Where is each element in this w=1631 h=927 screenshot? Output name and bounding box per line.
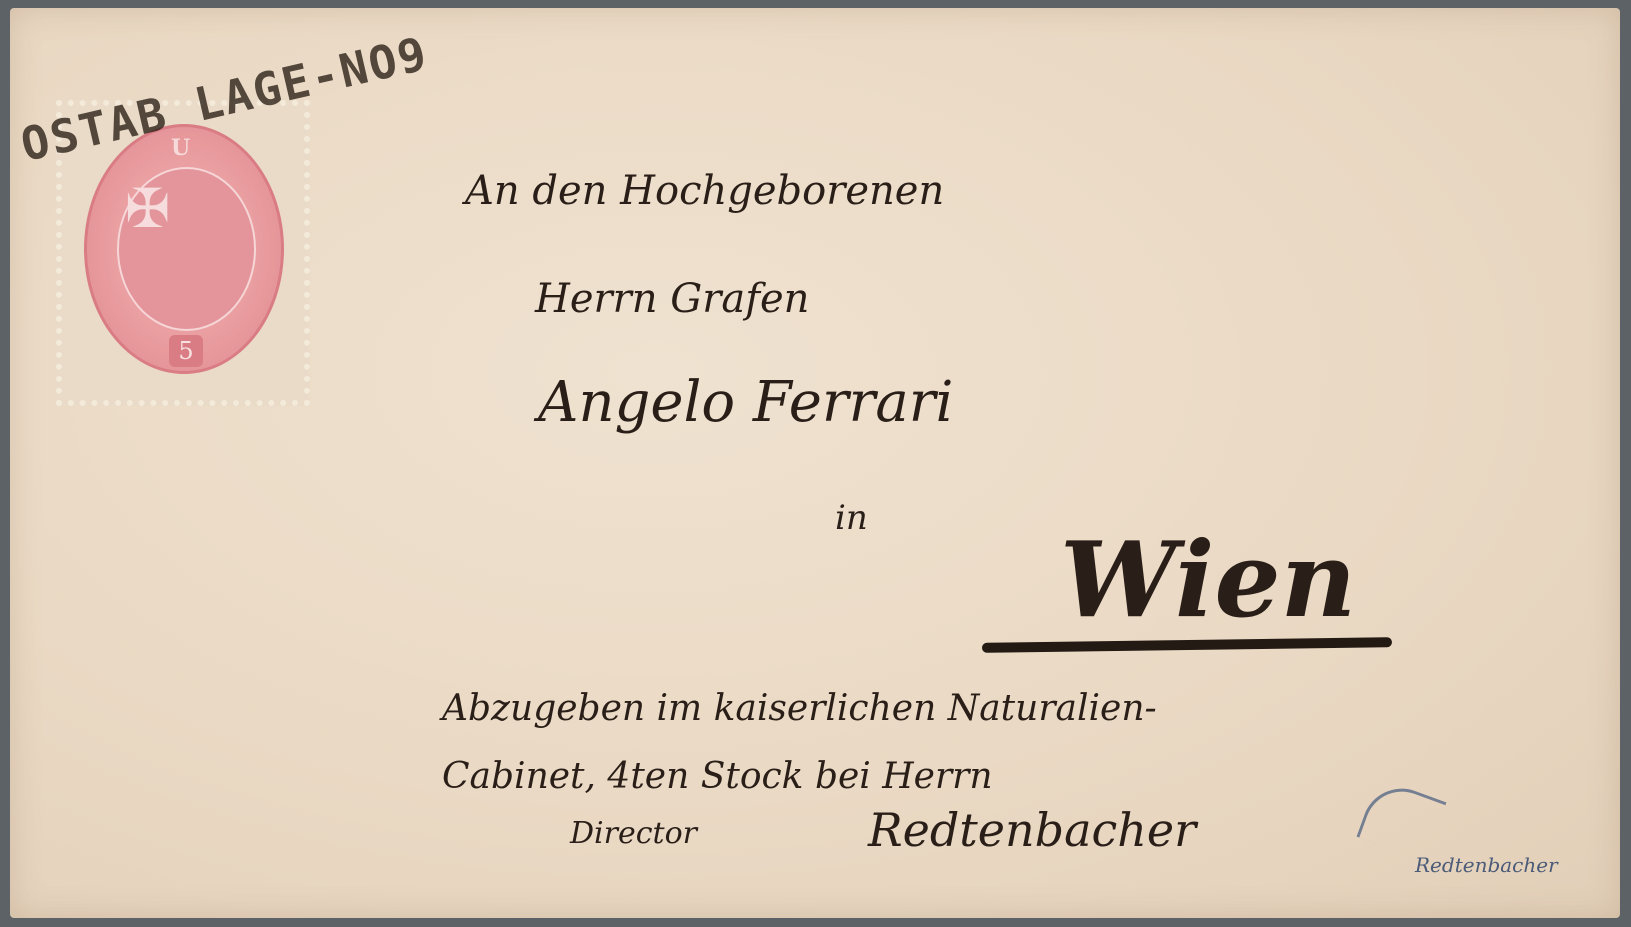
eagle-icon: ✠	[125, 177, 170, 240]
note-line-3: Director	[570, 816, 697, 851]
address-line-1: An den Hochgeborenen	[465, 168, 944, 214]
stamp-oval: U ✠ 5	[84, 124, 284, 374]
envelope: U ✠ 5 OSTAB LAGE-NO9 An den Hochgeborene…	[10, 8, 1620, 918]
address-line-2: Herrn Grafen	[535, 276, 809, 322]
pencil-mark	[1356, 777, 1446, 861]
stamp-top-text: U	[171, 135, 190, 161]
address-city: Wien	[1060, 518, 1356, 641]
address-line-4: in	[835, 498, 868, 538]
city-underline	[982, 637, 1392, 653]
note-line-2: Cabinet, 4ten Stock bei Herrn	[442, 756, 993, 797]
address-line-3: Angelo Ferrari	[538, 370, 953, 435]
pencil-annotation: Redtenbacher	[1415, 853, 1558, 877]
note-line-4: Redtenbacher	[868, 803, 1196, 857]
stamp-value: 5	[169, 335, 203, 367]
note-line-1: Abzugeben im kaiserlichen Naturalien-	[442, 688, 1157, 729]
